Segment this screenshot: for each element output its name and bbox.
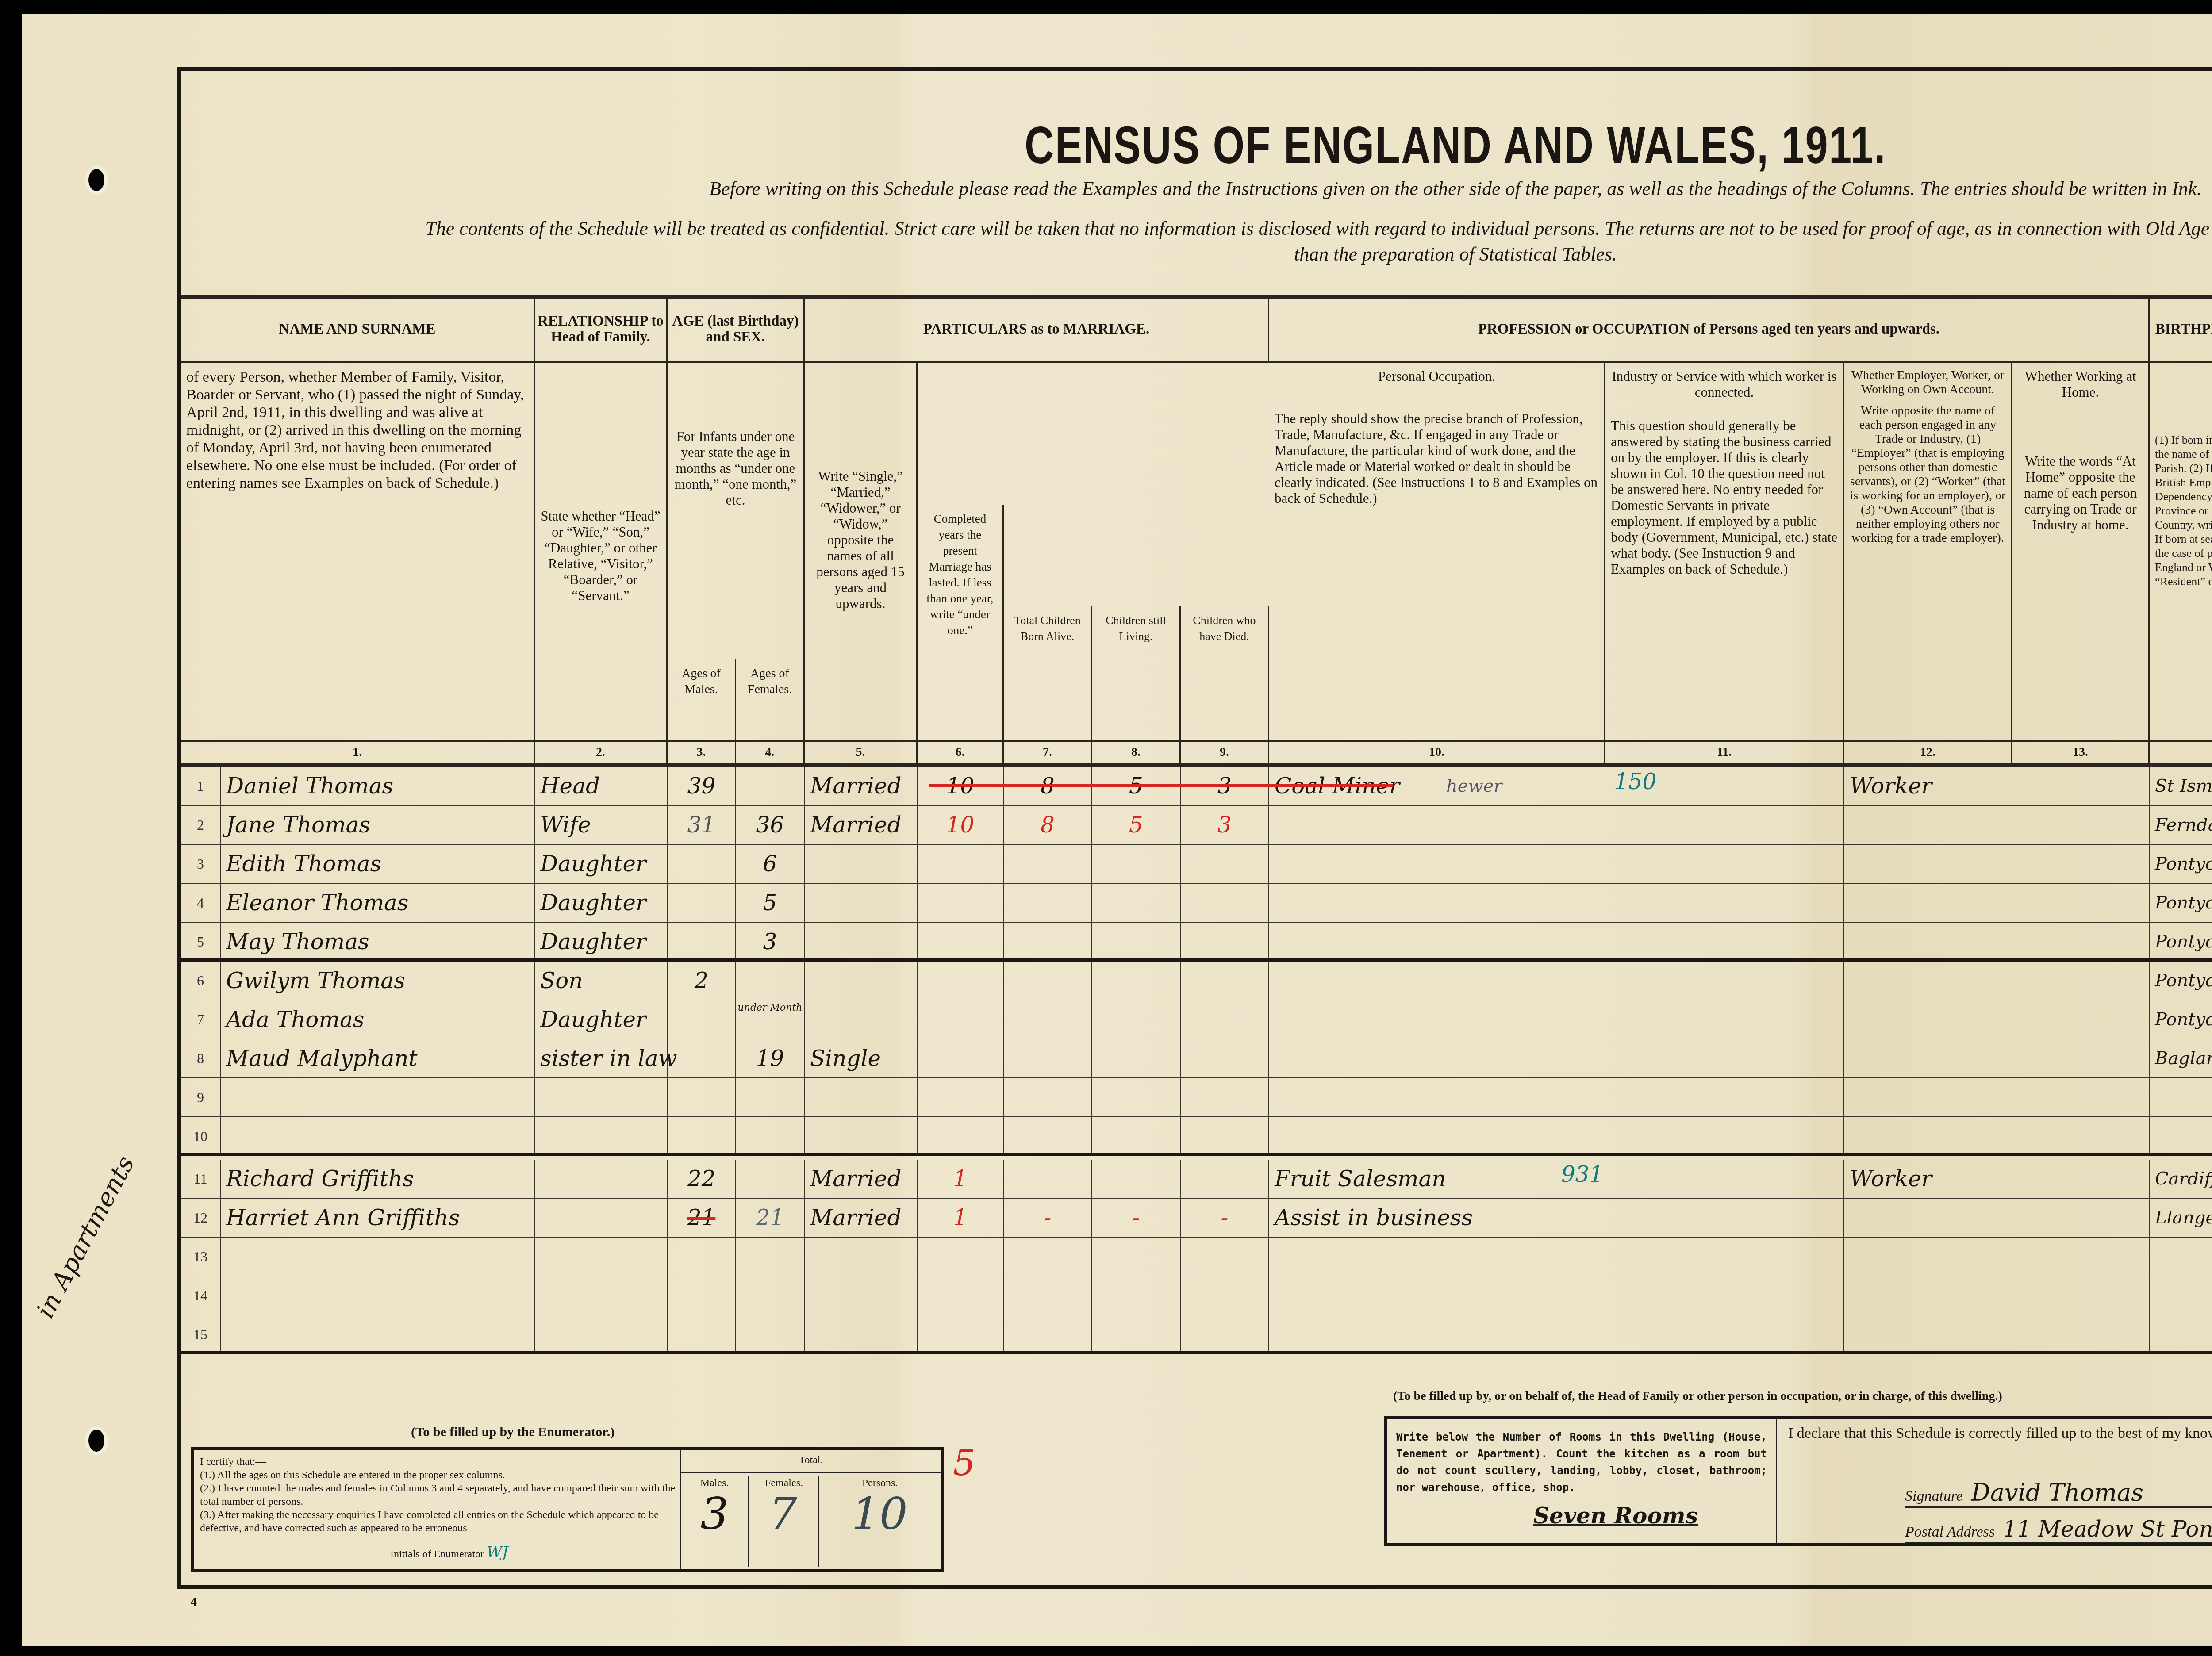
col-desc-marital: Write “Single,” “Married,” “Widower,” or… (805, 362, 918, 740)
cell-employer: Worker (1844, 767, 2012, 805)
cell-occupation (1269, 1315, 1605, 1351)
cell-age-f: 36 (736, 806, 805, 844)
row-number: 9 (181, 1078, 221, 1116)
cell-yrs (918, 962, 1004, 1000)
col-body-industry: This question should generally be answer… (1611, 418, 1838, 577)
page-title: CENSUS OF ENGLAND AND WALES, 1911. (461, 115, 2212, 176)
col-number: 14. (2150, 741, 2212, 763)
cell-age-f: 6 (736, 845, 805, 883)
cell-age-f: 5 (736, 884, 805, 922)
cell-home (2012, 1160, 2150, 1198)
col-subhead-at-home: Whether Working at Home. (2018, 368, 2143, 400)
cell-yrs (918, 1078, 1004, 1116)
cell-died (1181, 1078, 1269, 1116)
cell-home (2012, 845, 2150, 883)
initials-label: Initials of Enumerator (390, 1549, 484, 1560)
cell-industry (1605, 1315, 1844, 1351)
cell-age-f (736, 1078, 805, 1116)
total-persons: 10 (818, 1507, 941, 1521)
cell-occupation (1269, 1276, 1605, 1315)
address-label: Postal Address (1905, 1524, 1995, 1540)
col-head-occupation: PROFESSION or OCCUPATION of Persons aged… (1269, 297, 2150, 361)
cell-yrs (918, 1315, 1004, 1351)
col-desc-employer: Whether Employer, Worker, or Working on … (1844, 362, 2012, 740)
cell-yrs (918, 884, 1004, 922)
cell-birthplace (2150, 1276, 2212, 1315)
table-row: 7Ada ThomasDaughterunder MonthPontycymme… (181, 1000, 2212, 1039)
cell-industry (1605, 1199, 1844, 1237)
cell-birthplace (2150, 1117, 2212, 1153)
cell-age-m (668, 1276, 736, 1315)
cell-age-m: 31 (668, 806, 736, 844)
cell-rel: Head (535, 767, 668, 805)
cell-rel: Daughter (535, 884, 668, 922)
schedule-frame: CENSUS OF ENGLAND AND WALES, 1911. Befor… (177, 67, 2212, 1589)
cell-industry (1605, 806, 1844, 844)
col-number: 9. (1181, 741, 1269, 763)
cell-birthplace: Pontycymmer Glam (2150, 884, 2212, 922)
cell-marital (805, 1000, 918, 1039)
col-body-personal-occupation: The reply should show the precise branch… (1275, 411, 1599, 506)
postal-address: 11 Meadow St Pontycymmer (2003, 1516, 2212, 1542)
household-box: Write below the Number of Rooms in this … (1384, 1416, 2212, 1546)
certify-point-1: (1.) All the ages on this Schedule are e… (200, 1468, 678, 1482)
cell-died (1181, 1315, 1269, 1351)
confidential-line: The contents of the Schedule will be tre… (181, 217, 2212, 240)
cell-employer (1844, 1276, 2012, 1315)
cell-home (2012, 1315, 2150, 1351)
cell-rel: sister in law (535, 1039, 668, 1077)
table-row: 14 (181, 1276, 2212, 1315)
cell-industry (1605, 1160, 1844, 1198)
cell-age-m (668, 1000, 736, 1039)
cell-occupation (1269, 1117, 1605, 1153)
cell-born (1004, 962, 1092, 1000)
table-row: 5May ThomasDaughter3Pontycymmer GlamWale… (181, 923, 2212, 962)
cell-died (1181, 884, 1269, 922)
cell-employer: Worker (1844, 1160, 2012, 1198)
enumerator-red-mark: 5 (953, 1442, 975, 1483)
cell-name: Maud Malyphant (221, 1039, 535, 1077)
cell-marital (805, 884, 918, 922)
cell-died: - (1181, 1199, 1269, 1237)
cell-home (2012, 1276, 2150, 1315)
col-number: 7. (1004, 741, 1092, 763)
cell-birthplace: Pontycymmer Glam (2150, 845, 2212, 883)
cell-industry (1605, 884, 1844, 922)
cell-birthplace: Pontycymmer Glam (2150, 962, 2212, 1000)
cell-birthplace: Pontycymmer Glam (2150, 923, 2212, 958)
cell-industry (1605, 1078, 1844, 1116)
row-number: 12 (181, 1199, 221, 1237)
cell-birthplace: St Ismael Carmarthen (2150, 767, 2212, 805)
cell-born (1004, 1315, 1092, 1351)
cell-age-m (668, 884, 736, 922)
cell-birthplace: Cardiff Glam (2150, 1160, 2212, 1198)
cell-living (1092, 884, 1181, 922)
cell-name (221, 1078, 535, 1116)
cell-yrs: 1 (918, 1160, 1004, 1198)
cell-age-m (668, 1117, 736, 1153)
cell-birthplace (2150, 1078, 2212, 1116)
col-desc-males: Ages of Males. (668, 659, 736, 740)
row-number: 3 (181, 845, 221, 883)
enumerator-box: I certify that:— (1.) All the ages on th… (191, 1447, 944, 1572)
cell-rel (535, 1117, 668, 1153)
enumerator-initials: WJ (487, 1544, 508, 1561)
cell-age-m (668, 845, 736, 883)
cell-employer (1844, 884, 2012, 922)
col-desc-females: Ages of Females. (736, 659, 805, 740)
cell-occupation (1269, 962, 1605, 1000)
row-number: 14 (181, 1276, 221, 1315)
cell-name: Jane Thomas (221, 806, 535, 844)
cell-occupation (1269, 1000, 1605, 1039)
cell-home (2012, 1000, 2150, 1039)
row-number: 6 (181, 962, 221, 1000)
row-number: 2 (181, 806, 221, 844)
rooms-box: Write below the Number of Rooms in this … (1387, 1419, 1777, 1543)
cell-living (1092, 1160, 1181, 1198)
table-row: 10 (181, 1117, 2212, 1156)
row-number: 5 (181, 923, 221, 958)
cell-age-f: under Month (736, 1000, 805, 1039)
cell-died (1181, 1160, 1269, 1198)
occupation-note: hewer (1446, 767, 1502, 805)
cell-born (1004, 1000, 1092, 1039)
table-row: 3Edith ThomasDaughter6Pontycymmer GlamWa… (181, 845, 2212, 884)
row-number: 8 (181, 1039, 221, 1077)
cell-rel: Daughter (535, 1000, 668, 1039)
punch-hole (88, 169, 104, 191)
cell-born: 8 (1004, 806, 1092, 844)
cell-employer (1844, 1078, 2012, 1116)
table-row: 9 (181, 1078, 2212, 1117)
cell-home (2012, 1199, 2150, 1237)
cell-occupation (1269, 806, 1605, 844)
cell-yrs (918, 1039, 1004, 1077)
row-number: 13 (181, 1238, 221, 1276)
cell-age-f: 19 (736, 1039, 805, 1077)
cell-birthplace (2150, 1315, 2212, 1351)
cell-living (1092, 1039, 1181, 1077)
cell-home (2012, 1078, 2150, 1116)
cell-occupation (1269, 1238, 1605, 1276)
cell-name: Harriet Ann Griffiths (221, 1199, 535, 1237)
instruction-line: Before writing on this Schedule please r… (181, 177, 2212, 200)
cell-industry (1605, 845, 1844, 883)
cell-occupation (1269, 845, 1605, 883)
cell-died (1181, 1276, 1269, 1315)
cell-employer (1844, 845, 2012, 883)
cell-birthplace: Ferndale Glamorgan (2150, 806, 2212, 844)
cell-employer (1844, 1238, 2012, 1276)
cell-yrs (918, 1117, 1004, 1153)
col-number: 2. (535, 741, 668, 763)
cell-living (1092, 923, 1181, 958)
cell-age-m: 2 (668, 962, 736, 1000)
cell-marital: Single (805, 1039, 918, 1077)
signature-label: Signature (1905, 1488, 1963, 1504)
table-row: 4Eleanor ThomasDaughter5Pontycymmer Glam… (181, 884, 2212, 923)
cell-yrs (918, 923, 1004, 958)
cell-born (1004, 1078, 1092, 1116)
cell-name: Edith Thomas (221, 845, 535, 883)
cell-age-m: 22 (668, 1160, 736, 1198)
signature: David Thomas (1971, 1479, 2143, 1506)
cell-rel (535, 1199, 668, 1237)
cell-home (2012, 1238, 2150, 1276)
col-desc-birthplace: (1) If born in the United Kingdom, write… (2150, 362, 2212, 740)
col-subhead-personal-occupation: Personal Occupation. (1275, 368, 1599, 384)
cell-industry (1605, 1276, 1844, 1315)
row-number: 15 (181, 1315, 221, 1351)
red-strike-line (929, 784, 1393, 787)
rooms-instruction: Write below the Number of Rooms in this … (1396, 1429, 1767, 1496)
cell-industry (1605, 1238, 1844, 1276)
cell-yrs (918, 1276, 1004, 1315)
cell-born (1004, 923, 1092, 958)
cell-industry (1605, 1117, 1844, 1153)
cell-employer (1844, 1199, 2012, 1237)
cell-marital: Married (805, 767, 918, 805)
cell-living (1092, 1276, 1181, 1315)
cell-name: May Thomas (221, 923, 535, 958)
cell-employer (1844, 1315, 2012, 1351)
col-desc-name: of every Person, whether Member of Famil… (181, 362, 535, 740)
cell-yrs (918, 1000, 1004, 1039)
table-row: 15 (181, 1315, 2212, 1354)
cell-employer (1844, 962, 2012, 1000)
cell-age-f: 21 (736, 1199, 805, 1237)
cell-yrs: 1 (918, 1199, 1004, 1237)
cell-name: Daniel Thomas (221, 767, 535, 805)
cell-age-f (736, 1117, 805, 1153)
table-row: 2Jane ThomasWife3136Married10853Ferndale… (181, 806, 2212, 845)
total-males: 3 (681, 1507, 748, 1521)
cell-name: Eleanor Thomas (221, 884, 535, 922)
cell-living (1092, 1238, 1181, 1276)
col-number: 1. (181, 741, 535, 763)
cell-rel: Son (535, 962, 668, 1000)
cell-rel (535, 1238, 668, 1276)
cell-age-f (736, 1276, 805, 1315)
cell-rel: Daughter (535, 845, 668, 883)
cell-marital (805, 1117, 918, 1153)
col-body-at-home: Write the words “At Home” opposite the n… (2018, 453, 2143, 533)
declaration-box: I declare that this Schedule is correctl… (1777, 1419, 2212, 1556)
cell-occupation: Fruit Salesman (1269, 1160, 1605, 1198)
col-number: 11. (1605, 741, 1844, 763)
cell-marital (805, 962, 918, 1000)
cell-name (221, 1276, 535, 1315)
col-head-relationship: RELATIONSHIP to Head of Family. (535, 297, 668, 361)
col-head-name: NAME AND SURNAME (181, 297, 535, 361)
cell-rel (535, 1315, 668, 1351)
cell-birthplace: Pontycymmer Glam (2150, 1000, 2212, 1039)
cell-marital: Married (805, 806, 918, 844)
cell-home (2012, 884, 2150, 922)
cell-industry (1605, 923, 1844, 958)
cell-marital (805, 1276, 918, 1315)
col-desc-relationship: State whether “Head” or “Wife,” “Son,” “… (535, 362, 668, 740)
cell-birthplace (2150, 1238, 2212, 1276)
cell-name: Richard Griffiths (221, 1160, 535, 1198)
row-number: 4 (181, 884, 221, 922)
cell-home (2012, 962, 2150, 1000)
cell-occupation: Assist in business (1269, 1199, 1605, 1237)
household-heading: (To be filled up by, or on behalf of, th… (1393, 1389, 2002, 1403)
cell-died (1181, 962, 1269, 1000)
totals-table: Total. Males. Females. Persons. 3 7 10 (680, 1450, 941, 1569)
col-number: 8. (1092, 741, 1181, 763)
cell-name (221, 1238, 535, 1276)
enumerator-heading: (To be filled up by the Enumerator.) (411, 1425, 614, 1440)
col-head-marriage: PARTICULARS as to MARRIAGE. (805, 297, 1269, 361)
cell-home (2012, 923, 2150, 958)
cell-died (1181, 1000, 1269, 1039)
col-number: 13. (2012, 741, 2150, 763)
cell-rel (535, 1078, 668, 1116)
cell-born (1004, 1238, 1092, 1276)
col-desc-personal-occupation: Personal Occupation. The reply should sh… (1269, 362, 1605, 740)
cell-home (2012, 767, 2150, 805)
col-desc-children-born: Total Children Born Alive. (1004, 606, 1092, 740)
declaration-text: I declare that this Schedule is correctl… (1788, 1425, 2212, 1442)
cell-living (1092, 1315, 1181, 1351)
cell-yrs (918, 1238, 1004, 1276)
col-number: 4. (736, 741, 805, 763)
punch-hole (88, 1430, 104, 1452)
cell-died (1181, 1117, 1269, 1153)
cell-occupation (1269, 923, 1605, 958)
cell-born (1004, 845, 1092, 883)
col-number: 5. (805, 741, 918, 763)
cell-name (221, 1117, 535, 1153)
cell-age-m: 21 (668, 1199, 736, 1237)
cell-occupation (1269, 1078, 1605, 1116)
cell-employer (1844, 1117, 2012, 1153)
certify-point-2: (2.) I have counted the males and female… (200, 1482, 678, 1508)
cell-age-m (668, 1078, 736, 1116)
cell-rel: Daughter (535, 923, 668, 958)
cell-age-f (736, 1160, 805, 1198)
cell-marital (805, 923, 918, 958)
cell-age-f (736, 1315, 805, 1351)
cell-living: 5 (1092, 806, 1181, 844)
cell-living (1092, 962, 1181, 1000)
cell-born (1004, 1160, 1092, 1198)
cell-born (1004, 1039, 1092, 1077)
cell-employer (1844, 1039, 2012, 1077)
col-head-age: AGE (last Birthday) and SEX. (668, 297, 805, 361)
col-desc-children-living: Children still Living. (1092, 606, 1181, 740)
table-row: 13 (181, 1238, 2212, 1276)
cell-marital (805, 1315, 918, 1351)
certify-point-3: (3.) After making the necessary enquirie… (200, 1508, 678, 1535)
cell-age-m: 39 (668, 767, 736, 805)
cell-employer (1844, 1000, 2012, 1039)
confidential-line-2: than the preparation of Statistical Tabl… (181, 243, 2212, 265)
cell-living (1092, 1117, 1181, 1153)
cell-marital (805, 1078, 918, 1116)
cell-born (1004, 884, 1092, 922)
col-subhead-employer: Whether Employer, Worker, or Working on … (1850, 368, 2006, 397)
cell-died (1181, 1039, 1269, 1077)
cell-age-m (668, 1238, 736, 1276)
cell-living (1092, 845, 1181, 883)
table-row: 11Richard Griffiths22Married1Fruit Sales… (181, 1160, 2212, 1199)
cell-occupation (1269, 884, 1605, 922)
occupation-code: 150 (1614, 763, 1656, 801)
cell-living (1092, 1000, 1181, 1039)
cell-marital (805, 845, 918, 883)
col-number: 12. (1844, 741, 2012, 763)
col-head-birthplace: BIRTHPLACE of every Person. (2150, 297, 2212, 361)
cell-birthplace: Baglan Glamorgan (2150, 1039, 2212, 1077)
cell-employer (1844, 923, 2012, 958)
cell-age-f (736, 962, 805, 1000)
col-number: 10. (1269, 741, 1605, 763)
cell-home (2012, 1117, 2150, 1153)
cell-name: Ada Thomas (221, 1000, 535, 1039)
cell-rel: Wife (535, 806, 668, 844)
cell-living: - (1092, 1199, 1181, 1237)
col-subhead-industry: Industry or Service with which worker is… (1611, 368, 1838, 400)
page-number: 4 (191, 1595, 197, 1609)
cell-birthplace: Llangeinor Glam (2150, 1199, 2212, 1237)
col-desc-industry: Industry or Service with which worker is… (1605, 362, 1844, 740)
cell-died (1181, 923, 1269, 958)
cell-died (1181, 845, 1269, 883)
total-females: 7 (748, 1507, 818, 1521)
cell-age-f: 3 (736, 923, 805, 958)
cell-home (2012, 1039, 2150, 1077)
cell-died (1181, 1238, 1269, 1276)
col-body-employer: Write opposite the name of each person e… (1850, 404, 2006, 545)
row-number: 10 (181, 1117, 221, 1153)
col-desc-years-married: Completed years the present Marriage has… (918, 505, 1004, 740)
col-desc-at-home: Whether Working at Home. Write the words… (2012, 362, 2150, 740)
cell-marital: Married (805, 1160, 918, 1198)
cell-occupation (1269, 1039, 1605, 1077)
cell-industry (1605, 962, 1844, 1000)
cell-yrs: 10 (918, 806, 1004, 844)
cell-living (1092, 1078, 1181, 1116)
cell-home (2012, 806, 2150, 844)
cell-age-f (736, 1238, 805, 1276)
cell-name: Gwilym Thomas (221, 962, 535, 1000)
cell-rel (535, 1160, 668, 1198)
cell-rel (535, 1276, 668, 1315)
cell-marital (805, 1238, 918, 1276)
cell-age-f (736, 767, 805, 805)
col-number: 3. (668, 741, 736, 763)
table-row: 6Gwilym ThomasSon2Pontycymmer GlamWalesE… (181, 962, 2212, 1000)
rooms-value: Seven Rooms (1533, 1507, 1698, 1526)
enumerator-certification: I certify that:— (1.) All the ages on th… (200, 1455, 678, 1535)
cell-born (1004, 1117, 1092, 1153)
row-number: 11 (181, 1160, 221, 1198)
total-label: Total. (681, 1453, 941, 1467)
table-row: 8Maud Malyphantsister in law19SingleBagl… (181, 1039, 2212, 1078)
table-row: 1Daniel ThomasHead39Married10853Coal Min… (181, 767, 2212, 806)
cell-industry (1605, 1000, 1844, 1039)
cell-employer (1844, 806, 2012, 844)
row-number: 7 (181, 1000, 221, 1039)
col-desc-children-died: Children who have Died. (1181, 606, 1269, 740)
cell-age-m (668, 923, 736, 958)
